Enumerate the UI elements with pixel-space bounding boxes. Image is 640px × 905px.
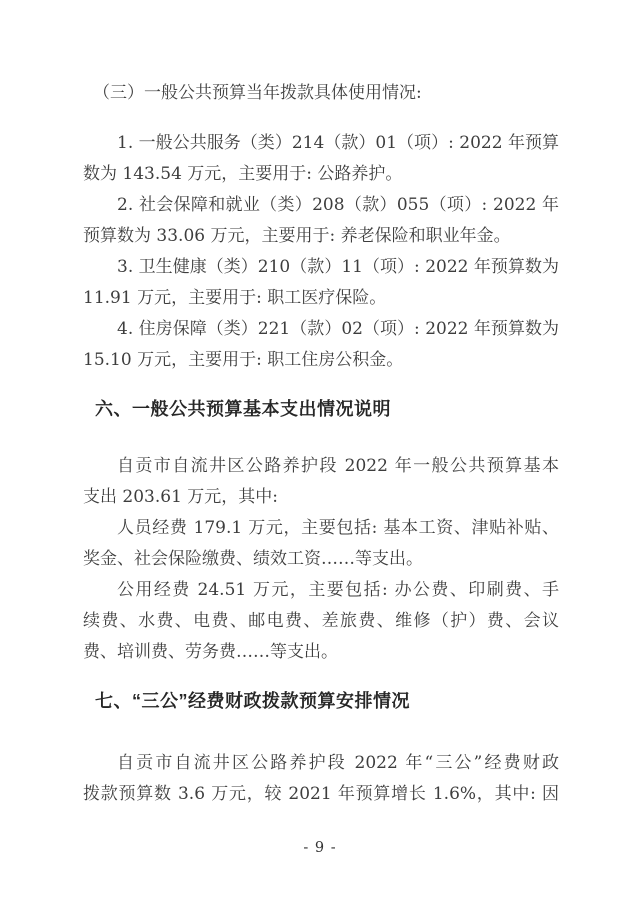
subsection-3-heading: （三）一般公共预算当年拨款具体使用情况: bbox=[83, 78, 559, 109]
section-7-para-1-line-1: 自贡市自流井区公路养护段 2022 年“三公”经费财政 bbox=[83, 748, 559, 779]
budget-item-4-line-2: 15.10 万元，主要用于: 职工住房公积金。 bbox=[83, 345, 559, 376]
document-page: （三）一般公共预算当年拨款具体使用情况: 1. 一般公共服务（类）214（款）0… bbox=[0, 0, 640, 905]
budget-item-3-line-1: 3. 卫生健康（类）210（款）11（项）: 2022 年预算数为 bbox=[83, 252, 559, 283]
budget-item-2-line-1: 2. 社会保障和就业（类）208（款）055（项）: 2022 年 bbox=[83, 190, 559, 221]
section-6-para-3-line-3: 费、培训费、劳务费……等支出。 bbox=[83, 637, 559, 668]
section-6-para-3-line-1: 公用经费 24.51 万元，主要包括: 办公费、印刷费、手 bbox=[83, 575, 559, 606]
section-6-heading: 六、一般公共预算基本支出情况说明 bbox=[83, 394, 559, 425]
section-7-para-1-line-2: 拨款预算数 3.6 万元，较 2021 年预算增长 1.6%，其中: 因 bbox=[83, 779, 559, 810]
budget-item-3-line-2: 11.91 万元，主要用于: 职工医疗保险。 bbox=[83, 283, 559, 314]
section-6-para-3-line-2: 续费、水费、电费、邮电费、差旅费、维修（护）费、会议 bbox=[83, 606, 559, 637]
section-7-heading: 七、“三公”经费财政拨款预算安排情况 bbox=[83, 686, 559, 717]
section-6-para-2-line-1: 人员经费 179.1 万元，主要包括: 基本工资、津贴补贴、 bbox=[83, 513, 559, 544]
section-6-para-2-line-2: 奖金、社会保险缴费、绩效工资……等支出。 bbox=[83, 544, 559, 575]
budget-item-1-line-1: 1. 一般公共服务（类）214（款）01（项）: 2022 年预算 bbox=[83, 128, 559, 159]
section-6-para-1-line-1: 自贡市自流井区公路养护段 2022 年一般公共预算基本 bbox=[83, 451, 559, 482]
budget-item-2-line-2: 预算数为 33.06 万元，主要用于: 养老保险和职业年金。 bbox=[83, 221, 559, 252]
budget-item-1-line-2: 数为 143.54 万元，主要用于: 公路养护。 bbox=[83, 159, 559, 190]
document-content: （三）一般公共预算当年拨款具体使用情况: 1. 一般公共服务（类）214（款）0… bbox=[83, 78, 559, 810]
page-number: - 9 - bbox=[0, 840, 640, 856]
section-6-para-1-line-2: 支出 203.61 万元，其中: bbox=[83, 482, 559, 513]
budget-item-4-line-1: 4. 住房保障（类）221（款）02（项）: 2022 年预算数为 bbox=[83, 314, 559, 345]
